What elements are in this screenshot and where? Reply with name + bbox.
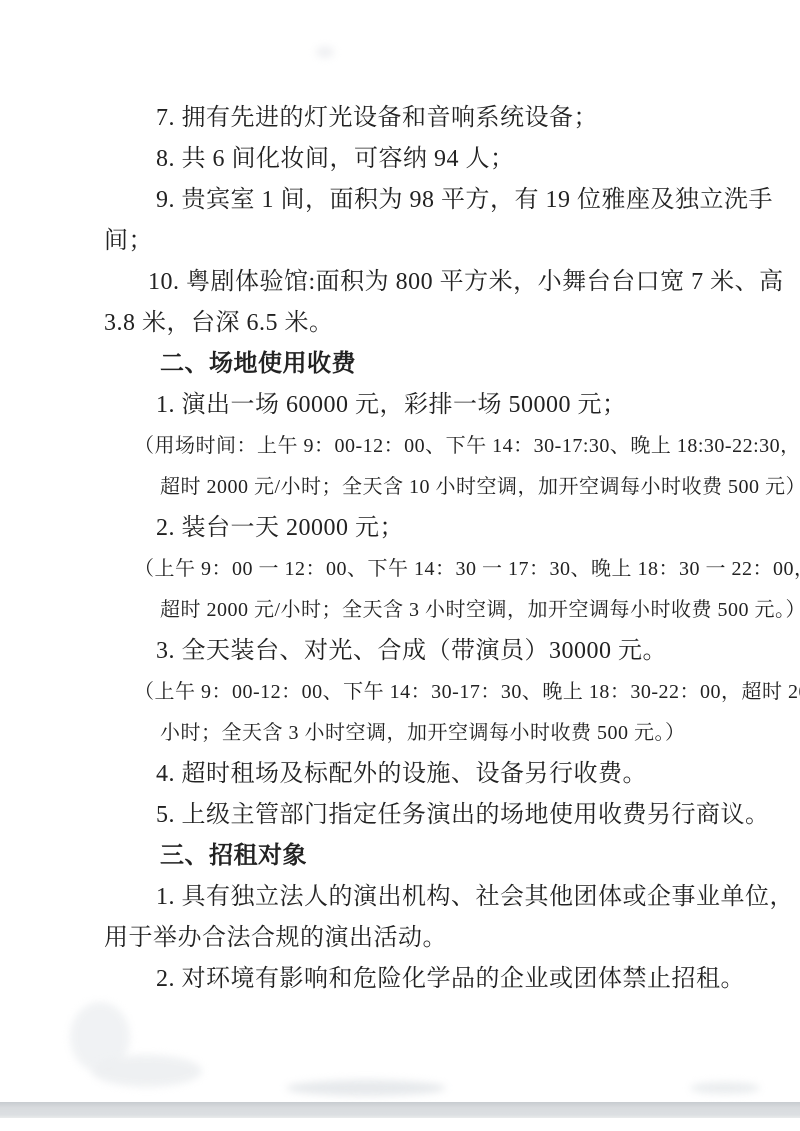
fee-item-2-note-line-2: 超时 2000 元/小时；全天含 3 小时空调，加开空调每小时收费 500 元。…	[104, 590, 744, 631]
fee-item-5: 5. 上级主管部门指定任务演出的场地使用收费另行商议。	[104, 795, 744, 836]
list-item-9-continuation: 间；	[104, 221, 744, 262]
fee-item-3: 3. 全天装台、对光、合成（带演员）30000 元。	[104, 631, 744, 672]
fee-item-2-note-line-1: （上午 9：00 一 12：00、下午 14：30 一 17：30、晚上 18：…	[104, 549, 744, 590]
target-item-1: 1. 具有独立法人的演出机构、社会其他团体或企事业单位，	[104, 877, 744, 918]
list-item-10: 10. 粤剧体验馆:面积为 800 平方米，小舞台台口宽 7 米、高	[104, 262, 744, 303]
section-heading-venue-fees: 二、场地使用收费	[104, 344, 744, 385]
fee-item-1-note-line-2: 超时 2000 元/小时；全天含 10 小时空调，加开空调每小时收费 500 元…	[104, 467, 744, 508]
document-body: 7. 拥有先进的灯光设备和音响系统设备； 8. 共 6 间化妆间，可容纳 94 …	[104, 98, 744, 1000]
page-bottom-edge-shadow	[0, 1102, 800, 1118]
fee-item-1-note-line-1: （用场时间：上午 9：00-12：00、下午 14：30-17:30、晚上 18…	[104, 426, 744, 467]
list-item-10-continuation: 3.8 米，台深 6.5 米。	[104, 303, 744, 344]
section-heading-lease-targets: 三、招租对象	[104, 836, 744, 877]
list-item-7: 7. 拥有先进的灯光设备和音响系统设备；	[104, 98, 744, 139]
target-item-2: 2. 对环境有影响和危险化学品的企业或团体禁止招租。	[104, 959, 744, 1000]
fee-item-3-note-line-1: （上午 9：00-12：00、下午 14：30-17：30、晚上 18：30-2…	[104, 672, 744, 713]
fee-item-2: 2. 装台一天 20000 元；	[104, 508, 744, 549]
list-item-8: 8. 共 6 间化妆间，可容纳 94 人；	[104, 139, 744, 180]
fee-item-1: 1. 演出一场 60000 元，彩排一场 50000 元；	[104, 385, 744, 426]
fee-item-4: 4. 超时租场及标配外的设施、设备另行收费。	[104, 754, 744, 795]
list-item-9: 9. 贵宾室 1 间，面积为 98 平方，有 19 位雅座及独立洗手	[104, 180, 744, 221]
scan-smudge	[690, 1082, 760, 1094]
target-item-1-continuation: 用于举办合法合规的演出活动。	[104, 918, 744, 959]
scan-smudge	[286, 1080, 446, 1096]
scan-smudge	[92, 1055, 202, 1087]
scan-smudge	[70, 1002, 130, 1072]
scan-smudge	[316, 46, 334, 58]
scanned-document-page: 7. 拥有先进的灯光设备和音响系统设备； 8. 共 6 间化妆间，可容纳 94 …	[0, 0, 800, 1131]
fee-item-3-note-line-2: 小时；全天含 3 小时空调，加开空调每小时收费 500 元。）	[104, 713, 744, 754]
